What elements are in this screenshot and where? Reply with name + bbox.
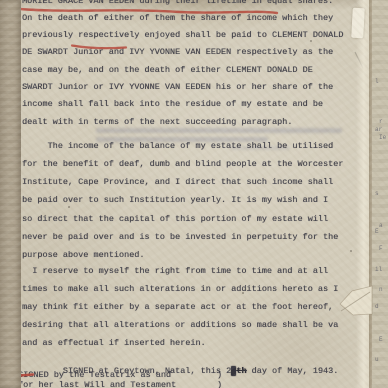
page-behind-text-fragment: l (375, 78, 379, 85)
page-behind-text-fragment: ar (375, 126, 382, 133)
paper-speck (242, 292, 244, 294)
typed-line: case may be, and on the death of either … (22, 65, 313, 75)
page-behind-text-fragment: F (379, 245, 383, 252)
page-behind-text-fragment: E (375, 228, 379, 235)
typed-line: desiring that all alterations or additio… (22, 320, 338, 330)
typed-line: never be paid over and is to be invested… (22, 232, 338, 242)
typed-line: SWARDT Junior or IVY YVONNE VAN EEDEN hi… (22, 82, 333, 92)
paper-speck (68, 206, 70, 208)
typed-line: MURIEL GRACE VAN EEDEN during their life… (22, 0, 333, 6)
page-behind-text-fragment: u (375, 356, 379, 363)
binding-spine-strip (0, 0, 21, 388)
paper-tape-patch (351, 8, 365, 39)
typed-line: DE SWARDT Junior and IVY YVONNE VAN EEDE… (22, 47, 333, 57)
typed-line: I reserve to myself the right from time … (22, 266, 328, 276)
typed-line: purpose above mentioned. (22, 250, 144, 260)
typed-line: may think fit either by a separate act o… (22, 302, 333, 312)
page-behind-text-fragment: E (379, 336, 383, 343)
page-behind-text-fragment: a (379, 222, 383, 229)
typed-line: dealt with in terms of the next succeedi… (22, 117, 292, 127)
typed-line: The income of the balance of my estate s… (22, 141, 333, 151)
paper-speck (350, 250, 352, 252)
page-behind-text-fragment: il (375, 266, 382, 273)
page-behind-text-fragment: s (375, 190, 379, 197)
page-edge-highlight (356, 0, 370, 388)
typed-line: times to make all such alterations in or… (22, 284, 338, 294)
typed-line: be paid over to such Institution yearly.… (22, 195, 328, 205)
paper-speck (310, 40, 312, 42)
attestation-line: for her last Will and Testament ) (18, 380, 222, 388)
bleed-through-smudge (96, 128, 342, 133)
page-behind-text-fragment: Ie (379, 134, 386, 141)
signed-date-rest: day of May, 1943. (246, 366, 338, 376)
typed-line: On the death of either of them the share… (22, 13, 333, 23)
page-behind-text-fragment: d (375, 303, 379, 310)
attestation-line: SIGNED by the Testatrix as and ) (18, 370, 222, 380)
scanned-will-page: MURIEL GRACE VAN EEDEN during their life… (0, 0, 388, 388)
typed-line: and as effectual if inserted herein. (22, 338, 206, 348)
typed-line: so direct that the capital of this porti… (22, 214, 328, 224)
page-behind-text-fragment: r (379, 118, 383, 125)
page-behind-text-fragment: n (379, 286, 383, 293)
typed-line: income shall fall back into the residue … (22, 99, 323, 109)
struck-out-ordinal: th (236, 366, 246, 376)
typed-line: Institute, Cape Province, and I direct t… (22, 177, 333, 187)
typed-line: previously respectively enjoyed shall be… (22, 30, 343, 40)
typed-line: for the benefit of deaf, dumb and blind … (22, 159, 343, 169)
